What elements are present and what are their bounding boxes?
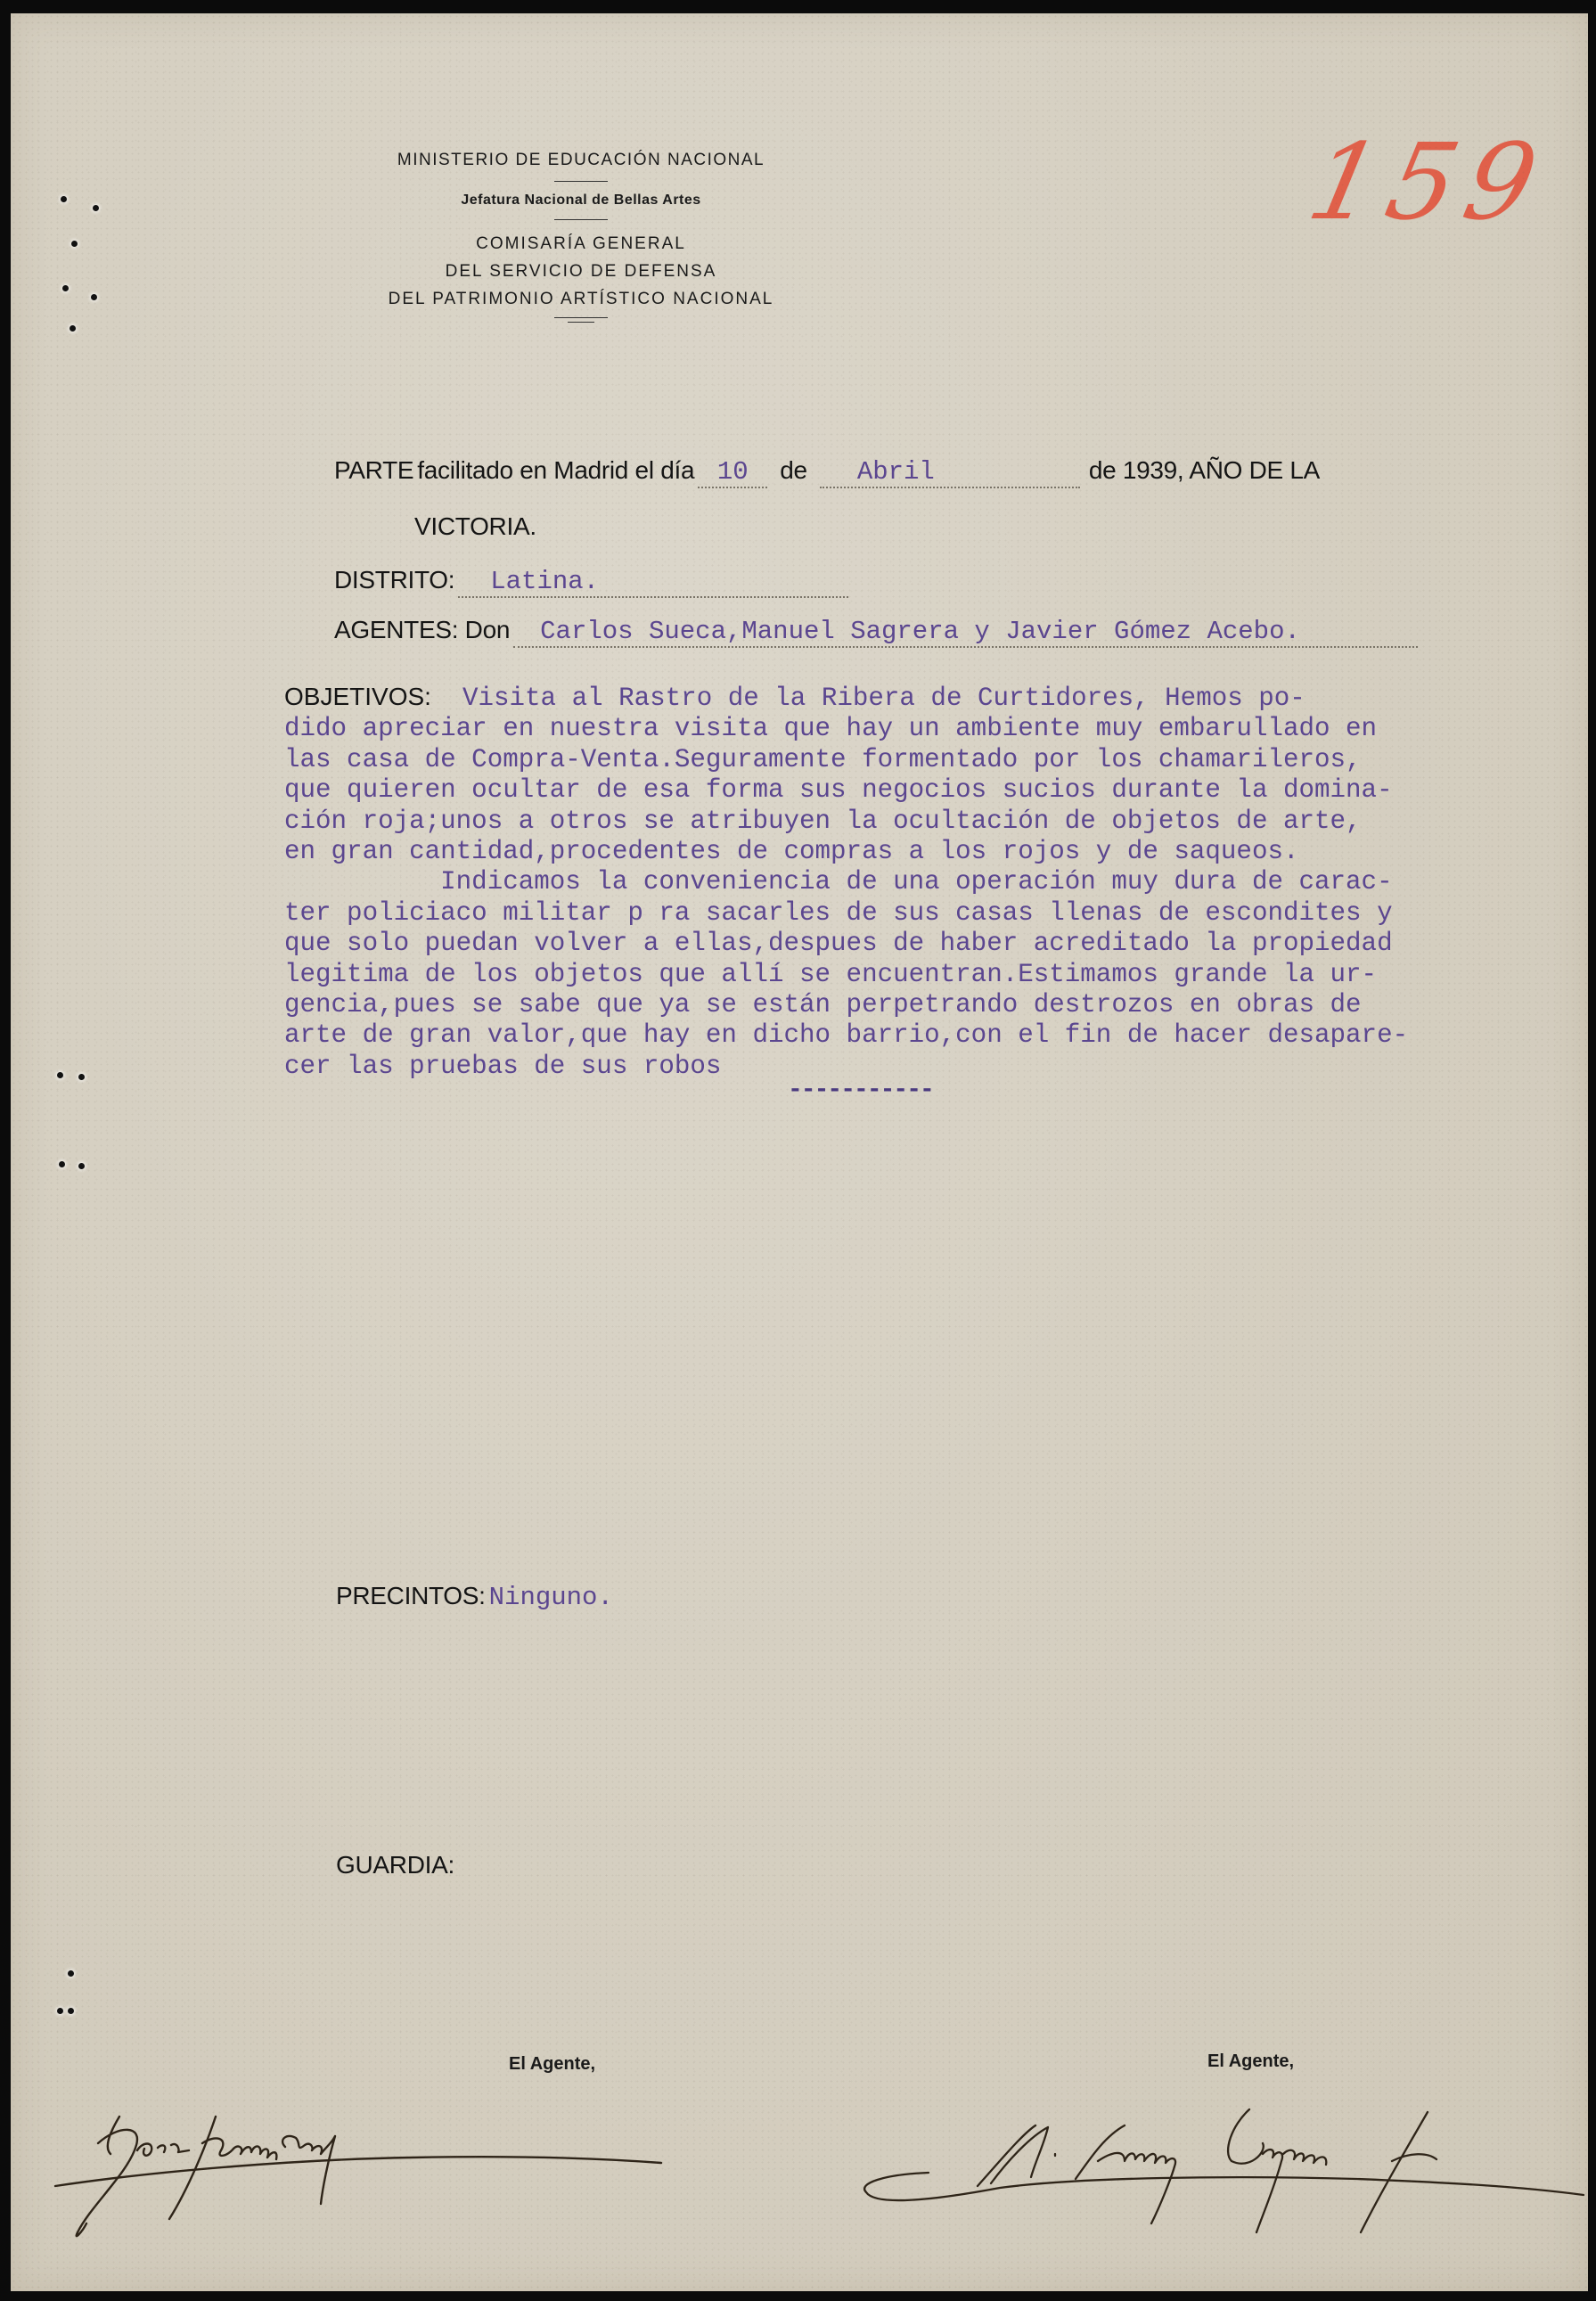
signature-right	[857, 2090, 1596, 2250]
punch-hole	[71, 241, 78, 247]
agent-label-left: El Agente,	[509, 2054, 595, 2075]
divider	[568, 322, 594, 323]
punch-hole	[93, 205, 99, 211]
objetivos-line-13: cer las pruebas de sus robos	[284, 1052, 721, 1081]
punch-hole	[62, 285, 69, 291]
comisaria-line-1: COMISARÍA GENERAL	[331, 231, 831, 257]
parte-label: PARTE	[334, 456, 413, 484]
punch-hole	[68, 2008, 74, 2014]
distrito-field: Latina.	[458, 567, 848, 598]
objetivos-body: OBJETIVOS: Visita al Rastro de la Ribera…	[284, 682, 1596, 1082]
report-date-line: PARTE facilitado en Madrid el día 10 de …	[334, 456, 1320, 488]
objetivos-line-7: Indicamos la conveniencia de una operaci…	[284, 867, 1393, 897]
jefatura-name: Jefatura Nacional de Bellas Artes	[331, 192, 831, 209]
end-rule: -----------	[788, 1077, 933, 1104]
de-label: de	[780, 456, 807, 484]
agentes-value: Carlos Sueca,Manuel Sagrera y Javier Góm…	[540, 617, 1300, 646]
distrito-value: Latina.	[490, 567, 599, 596]
objetivos-line-5: ción roja;unos a otros se atribuyen la o…	[284, 807, 1362, 836]
objetivos-line-10: legitima de los objetos que allí se encu…	[284, 960, 1377, 989]
objetivos-line-4: que quieren ocultar de esa forma sus neg…	[284, 775, 1393, 805]
agentes-label: AGENTES: Don	[334, 616, 510, 643]
punch-hole	[68, 1970, 74, 1977]
objetivos-line-3: las casa de Compra-Venta.Seguramente for…	[284, 745, 1362, 774]
punch-hole	[70, 325, 76, 332]
punch-hole	[57, 1072, 63, 1078]
objetivos-label: OBJETIVOS:	[284, 683, 431, 710]
punch-hole	[78, 1163, 85, 1169]
punch-hole	[61, 196, 67, 202]
precintos-value: Ninguno.	[489, 1583, 613, 1612]
comisaria-line-3: DEL PATRIMONIO ARTÍSTICO NACIONAL	[331, 286, 831, 312]
objetivos-line-1: Visita al Rastro de la Ribera de Curtido…	[462, 684, 1305, 713]
year-text: de 1939, AÑO DE LA	[1089, 456, 1320, 484]
victoria-text: VICTORIA.	[414, 512, 536, 541]
folio-number: 159	[1298, 120, 1558, 243]
punch-hole	[59, 1161, 65, 1167]
guardia-label: GUARDIA:	[336, 1851, 454, 1879]
punch-hole	[78, 1074, 85, 1080]
divider	[554, 181, 608, 182]
distrito-label: DISTRITO:	[334, 566, 454, 594]
day-value: 10	[717, 457, 749, 487]
precintos-label: PRECINTOS:	[336, 1582, 486, 1609]
precintos-line: PRECINTOS: Ninguno.	[336, 1582, 613, 1612]
parte-text: facilitado en Madrid el día	[417, 456, 694, 484]
signature-left	[37, 2099, 679, 2250]
punch-hole	[91, 294, 97, 300]
comisaria-line-2: DEL SERVICIO DE DEFENSA	[331, 258, 831, 284]
agentes-line: AGENTES: Don Carlos Sueca,Manuel Sagrera…	[334, 616, 1418, 648]
objetivos-line-9: que solo puedan volver a ellas,despues d…	[284, 929, 1393, 958]
divider	[554, 317, 608, 318]
month-field: Abril	[820, 457, 1080, 488]
objetivos-line-8: ter policiaco militar p ra sacarles de s…	[284, 898, 1393, 928]
agent-label-right: El Agente,	[1207, 2051, 1294, 2072]
document-page: MINISTERIO DE EDUCACIÓN NACIONAL Jefatur…	[11, 13, 1588, 2291]
guardia-line: GUARDIA:	[336, 1851, 454, 1881]
objetivos-line-12: arte de gran valor,que hay en dicho barr…	[284, 1020, 1408, 1050]
letterhead: MINISTERIO DE EDUCACIÓN NACIONAL Jefatur…	[331, 147, 831, 323]
day-field: 10	[698, 457, 767, 488]
objetivos-line-2: dido apreciar en nuestra visita que hay …	[284, 714, 1377, 743]
objetivos-line-11: gencia,pues se sabe que ya se están perp…	[284, 990, 1362, 1019]
divider	[554, 219, 608, 220]
distrito-line: DISTRITO: Latina.	[334, 566, 848, 598]
ministry-name: MINISTERIO DE EDUCACIÓN NACIONAL	[331, 151, 831, 170]
punch-hole	[57, 2008, 63, 2014]
month-value: Abril	[857, 457, 935, 487]
objetivos-line-6: en gran cantidad,procedentes de compras …	[284, 837, 1299, 866]
agentes-field: Carlos Sueca,Manuel Sagrera y Javier Góm…	[513, 617, 1418, 648]
